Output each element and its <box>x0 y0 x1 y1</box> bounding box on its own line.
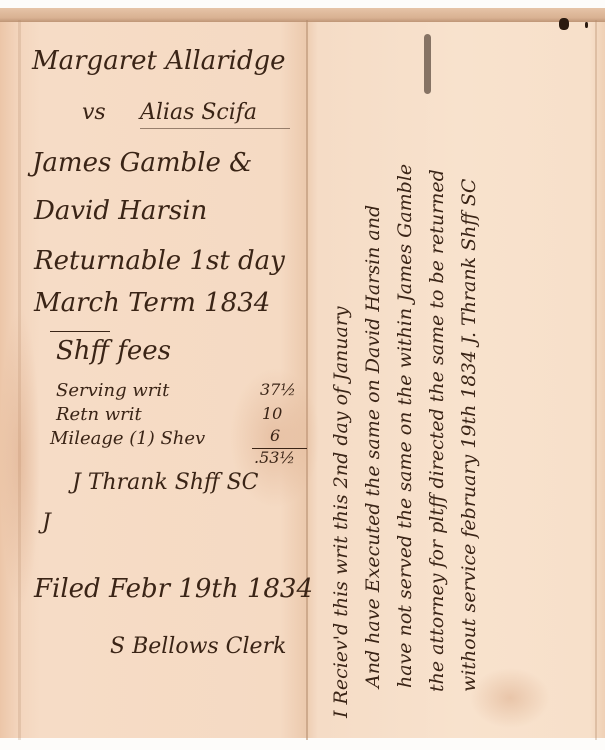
right-panel-endorsement: I Reciev'd this writ this 2nd day of Jan… <box>322 28 512 728</box>
defendant-1: James Gamble & <box>32 148 252 178</box>
versus-label: vs <box>82 100 106 125</box>
top-fold-strip <box>0 8 605 22</box>
right-edge-fold <box>595 20 597 740</box>
ink-blot <box>559 18 569 30</box>
endorsement-line: the attorney for pltff directed the same… <box>426 169 448 692</box>
fees-heading: Shff fees <box>56 336 171 366</box>
fee-amount: 6 <box>270 426 280 445</box>
sheriff-signature: J Thrank Shff SC <box>72 470 259 495</box>
center-fold-line <box>306 20 308 740</box>
fee-label: Mileage (1) Shev <box>50 428 205 449</box>
fee-label: Serving writ <box>56 380 169 401</box>
fees-total: .53½ <box>254 448 295 467</box>
document-sheet: Margaret Allaridge vs Alias Scifa James … <box>0 8 605 738</box>
endorsement-line: And have Executed the same on David Hars… <box>362 205 384 688</box>
fee-amount: 10 <box>262 404 282 423</box>
endorsement-line: I Reciev'd this writ this 2nd day of Jan… <box>330 306 352 718</box>
clerk-signature: S Bellows Clerk <box>110 634 286 659</box>
term-line: March Term 1834 <box>34 288 270 318</box>
endorsement-line: without service february 19th 1834 J. Th… <box>458 179 480 692</box>
filed-date: Filed Febr 19th 1834 <box>34 574 313 604</box>
endorsement-line: have not served the same on the within J… <box>394 164 416 688</box>
defendant-2: David Harsin <box>34 196 207 226</box>
fee-amount: 37½ <box>260 380 296 399</box>
writ-type: Alias Scifa <box>140 100 257 125</box>
underline <box>140 128 290 129</box>
ink-dot <box>585 22 588 28</box>
divider-rule <box>50 331 110 332</box>
plaintiff-name: Margaret Allaridge <box>32 46 286 76</box>
edge-stain <box>0 308 40 608</box>
fee-label: Retn writ <box>56 404 142 425</box>
returnable-line: Returnable 1st day <box>34 246 285 276</box>
initial-mark: J <box>42 510 51 535</box>
